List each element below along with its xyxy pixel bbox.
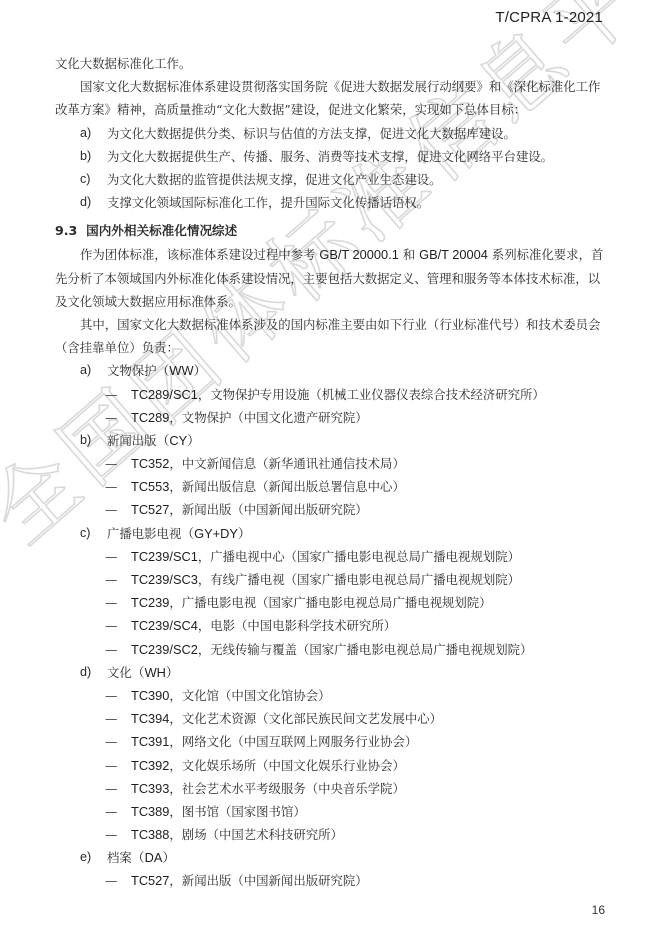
list-label: c) — [80, 168, 91, 191]
category-code: （CY） — [157, 433, 200, 448]
committee-desc: ，网络文化（中国互联网上网服务行业协会） — [169, 734, 417, 749]
category-code: （GY+DY） — [181, 526, 250, 541]
committee-id: TC239 — [131, 595, 169, 610]
dash-bullet: — — [105, 754, 117, 777]
dash-bullet: — — [105, 406, 117, 429]
list-label: a) — [80, 359, 91, 382]
committee-id: TC394 — [131, 711, 169, 726]
committee-id: TC392 — [131, 758, 169, 773]
committee-desc: ，电影（中国电影科学技术研究所） — [198, 618, 396, 633]
document-page: 全国团体标准信息平台 T/CPRA 1-2021 文化大数据标准化工作。 国家文… — [0, 0, 655, 934]
committee-desc: ，文物保护（中国文化遗产研究院） — [169, 410, 367, 425]
committee-desc: ，文化娱乐场所（中国文化娱乐行业协会） — [169, 758, 404, 773]
dash-bullet: — — [105, 498, 117, 521]
section-title: 国内外相关标准化情况综述 — [86, 223, 237, 238]
page-number: 16 — [592, 903, 605, 917]
goal-text: 为文化大数据提供生产、传播、服务、消费等技术支撑，促进文化网络平台建设。 — [107, 149, 553, 164]
dash-bullet: — — [105, 730, 117, 753]
committee-item: — TC553，新闻出版信息（新闻出版总署信息中心） — [55, 475, 607, 498]
category-block: a) 文物保护（WW） — TC289/SC1，文物保护专用设施（机械工业仪器仪… — [55, 359, 607, 429]
committee-id: TC393 — [131, 781, 169, 796]
paragraph-text: 和 — [399, 247, 419, 262]
committee-item: — TC527，新闻出版（中国新闻出版研究院） — [55, 869, 607, 892]
list-label: b) — [80, 145, 91, 168]
dash-bullet: — — [105, 800, 117, 823]
committee-item: — TC388，剧场（中国艺术科技研究所） — [55, 823, 607, 846]
dash-bullet: — — [105, 684, 117, 707]
committee-item: — TC239，广播电影电视（国家广播电影电视总局广播电视规划院） — [55, 591, 607, 614]
category-code: （DA） — [132, 850, 175, 865]
committee-id: TC391 — [131, 734, 169, 749]
list-label: c) — [80, 522, 91, 545]
section-number: 9.3 — [55, 223, 77, 238]
committee-desc: ，新闻出版（中国新闻出版研究院） — [169, 502, 367, 517]
committee-id: TC239/SC1 — [131, 549, 198, 564]
goal-item: b) 为文化大数据提供生产、传播、服务、消费等技术支撑，促进文化网络平台建设。 — [55, 145, 607, 168]
committee-item: — TC239/SC3，有线广播电视（国家广播电影电视总局广播电视规划院） — [55, 568, 607, 591]
list-label: e) — [80, 846, 91, 869]
category-name: 档案 — [107, 850, 132, 865]
goal-text: 为文化大数据提供分类、标识与估值的方法支撑，促进文化大数据库建设。 — [107, 126, 516, 141]
category-block: d) 文化（WH） — TC390，文化馆（中国文化馆协会） — TC394，文… — [55, 661, 607, 847]
dash-bullet: — — [105, 452, 117, 475]
list-label: d) — [80, 661, 91, 684]
committee-id: TC389 — [131, 804, 169, 819]
committee-item: — TC527，新闻出版（中国新闻出版研究院） — [55, 498, 607, 521]
category-name: 文化 — [107, 665, 132, 680]
category-code: （WH） — [132, 665, 179, 680]
committee-item: — TC394，文化艺术资源（文化部民族民间文艺发展中心） — [55, 707, 607, 730]
committee-item: — TC239/SC2，无线传输与覆盖（国家广播电影电视总局广播电视规划院） — [55, 638, 607, 661]
category-item: a) 文物保护（WW） — [55, 359, 607, 382]
carry-over-line: 文化大数据标准化工作。 — [55, 52, 607, 75]
document-id: T/CPRA 1-2021 — [495, 9, 603, 26]
goals-list: a) 为文化大数据提供分类、标识与估值的方法支撑，促进文化大数据库建设。 b) … — [55, 122, 607, 215]
category-item: b) 新闻出版（CY） — [55, 429, 607, 452]
section-paragraph-1: 作为团体标准，该标准体系建设过程中参考 GB/T 20000.1 和 GB/T … — [55, 243, 607, 313]
dash-bullet: — — [105, 383, 117, 406]
committee-desc: ，社会艺术水平考级服务（中央音乐学院） — [169, 781, 404, 796]
committee-id: TC352 — [131, 456, 169, 471]
standard-reference: GB/T 20000.1 — [319, 247, 398, 262]
committee-desc: ，文物保护专用设施（机械工业仪器仪表综合技术经济研究所） — [198, 387, 545, 402]
goal-item: c) 为文化大数据的监管提供法规支撑，促进文化产业生态建设。 — [55, 168, 607, 191]
committee-item: — TC289，文物保护（中国文化遗产研究院） — [55, 406, 607, 429]
committee-desc: ，新闻出版信息（新闻出版总署信息中心） — [169, 479, 404, 494]
section-heading: 9.3 国内外相关标准化情况综述 — [55, 218, 607, 243]
goal-text: 支撑文化领域国际标准化工作，提升国际文化传播话语权。 — [107, 195, 429, 210]
committee-id: TC289 — [131, 410, 169, 425]
committee-id: TC239/SC4 — [131, 618, 198, 633]
committee-desc: ，中文新闻信息（新华通讯社通信技术局） — [169, 456, 404, 471]
category-name: 广播电影电视 — [107, 526, 181, 541]
dash-bullet: — — [105, 545, 117, 568]
dash-bullet: — — [105, 638, 117, 661]
list-label: b) — [80, 429, 91, 452]
committee-item: — TC391，网络文化（中国互联网上网服务行业协会） — [55, 730, 607, 753]
dash-bullet: — — [105, 777, 117, 800]
committee-item: — TC390，文化馆（中国文化馆协会） — [55, 684, 607, 707]
committee-id: TC390 — [131, 688, 169, 703]
dash-bullet: — — [105, 823, 117, 846]
committee-item: — TC393，社会艺术水平考级服务（中央音乐学院） — [55, 777, 607, 800]
dash-bullet: — — [105, 707, 117, 730]
committee-desc: ，文化馆（中国文化馆协会） — [169, 688, 330, 703]
committee-desc: ，剧场（中国艺术科技研究所） — [169, 827, 342, 842]
category-name: 新闻出版 — [107, 433, 157, 448]
committee-item: — TC239/SC1，广播电视中心（国家广播电影电视总局广播电视规划院） — [55, 545, 607, 568]
committee-desc: ，广播电影电视（国家广播电影电视总局广播电视规划院） — [169, 595, 491, 610]
committee-item: — TC289/SC1，文物保护专用设施（机械工业仪器仪表综合技术经济研究所） — [55, 383, 607, 406]
category-block: c) 广播电影电视（GY+DY） — TC239/SC1，广播电视中心（国家广播… — [55, 522, 607, 661]
committee-desc: ，新闻出版（中国新闻出版研究院） — [169, 873, 367, 888]
list-label: d) — [80, 191, 91, 214]
committee-id: TC553 — [131, 479, 169, 494]
committee-item: — TC239/SC4，电影（中国电影科学技术研究所） — [55, 614, 607, 637]
category-item: e) 档案（DA） — [55, 846, 607, 869]
committee-desc: ，广播电视中心（国家广播电影电视总局广播电视规划院） — [198, 549, 520, 564]
dash-bullet: — — [105, 568, 117, 591]
list-label: a) — [80, 122, 91, 145]
intro-paragraph: 国家文化大数据标准体系建设贯彻落实国务院《促进大数据发展行动纲要》和《深化标准化… — [55, 75, 607, 121]
standard-reference: GB/T 20004 — [419, 247, 488, 262]
dash-bullet: — — [105, 614, 117, 637]
committee-id: TC527 — [131, 502, 169, 517]
category-code: （WW） — [157, 363, 207, 378]
committee-id: TC388 — [131, 827, 169, 842]
committee-desc: ，文化艺术资源（文化部民族民间文艺发展中心） — [169, 711, 442, 726]
goal-item: a) 为文化大数据提供分类、标识与估值的方法支撑，促进文化大数据库建设。 — [55, 122, 607, 145]
committee-item: — TC352，中文新闻信息（新华通讯社通信技术局） — [55, 452, 607, 475]
goal-text: 为文化大数据的监管提供法规支撑，促进文化产业生态建设。 — [107, 172, 442, 187]
committee-id: TC289/SC1 — [131, 387, 198, 402]
dash-bullet: — — [105, 591, 117, 614]
committee-id: TC239/SC3 — [131, 572, 198, 587]
committee-id: TC527 — [131, 873, 169, 888]
committee-desc: ，无线传输与覆盖（国家广播电影电视总局广播电视规划院） — [198, 642, 533, 657]
goal-item: d) 支撑文化领域国际标准化工作，提升国际文化传播话语权。 — [55, 191, 607, 214]
dash-bullet: — — [105, 869, 117, 892]
category-name: 文物保护 — [107, 363, 157, 378]
section-paragraph-2: 其中，国家文化大数据标准体系涉及的国内标准主要由如下行业（行业标准代号）和技术委… — [55, 313, 607, 359]
committee-desc: ，有线广播电视（国家广播电影电视总局广播电视规划院） — [198, 572, 520, 587]
committee-desc: ，图书馆（国家图书馆） — [169, 804, 305, 819]
dash-bullet: — — [105, 475, 117, 498]
category-item: d) 文化（WH） — [55, 661, 607, 684]
document-body: 文化大数据标准化工作。 国家文化大数据标准体系建设贯彻落实国务院《促进大数据发展… — [55, 52, 607, 893]
committee-item: — TC389，图书馆（国家图书馆） — [55, 800, 607, 823]
category-block: e) 档案（DA） — TC527，新闻出版（中国新闻出版研究院） — [55, 846, 607, 892]
paragraph-text: 作为团体标准，该标准体系建设过程中参考 — [80, 247, 319, 262]
committee-item: — TC392，文化娱乐场所（中国文化娱乐行业协会） — [55, 754, 607, 777]
category-item: c) 广播电影电视（GY+DY） — [55, 522, 607, 545]
category-block: b) 新闻出版（CY） — TC352，中文新闻信息（新华通讯社通信技术局） —… — [55, 429, 607, 522]
committee-id: TC239/SC2 — [131, 642, 198, 657]
